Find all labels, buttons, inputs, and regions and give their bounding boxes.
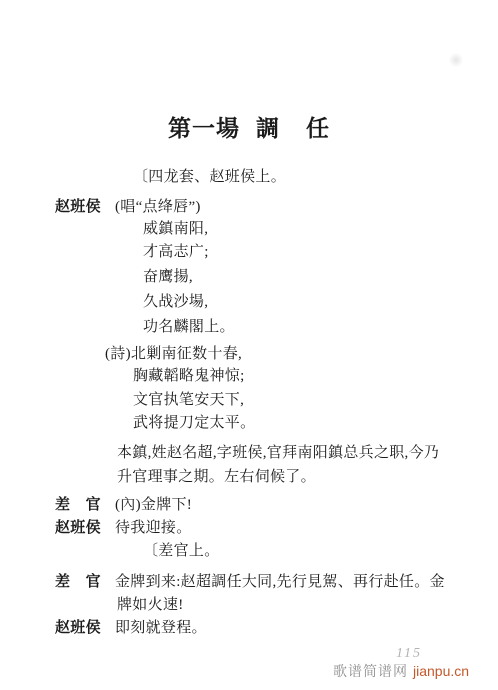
verse-line: 奋鹰揚, xyxy=(143,267,193,287)
watermark: 歌谱简谱网jianpu.cn xyxy=(333,661,469,681)
speaker-label: 赵班侯 xyxy=(55,518,101,538)
scanned-script-page: 第一場調任 〔四龙套、赵班侯上。 赵班侯 (唱“点绛唇”) 威鎮南阳, 才高志广… xyxy=(0,0,498,690)
dialogue-text: 待我迎接。 xyxy=(115,518,192,538)
dialogue-text: 即刻就登程。 xyxy=(115,618,207,638)
dialogue-text: 升官理事之期。左右伺候了。 xyxy=(117,467,316,487)
speaker-label: 赵班侯 xyxy=(55,618,101,638)
title-word-1: 調 xyxy=(256,116,280,141)
page-number: 115 xyxy=(396,646,422,662)
stage-direction: 〔四龙套、赵班侯上。 xyxy=(133,167,286,187)
speaker-label: 差 官 xyxy=(55,572,101,592)
dialogue-text: 金牌到来:赵超調任大同,先行見駕、再行赴任。金 xyxy=(115,572,445,592)
verse-line: 才高志广; xyxy=(143,242,209,262)
dialogue-text: 本鎮,姓赵名超,字班侯,官拜南阳鎮总兵之职,今乃 xyxy=(117,443,439,463)
watermark-site-url: jianpu.cn xyxy=(413,663,469,679)
title-word-2: 任 xyxy=(306,116,330,141)
speaker-label: 差 官 xyxy=(55,495,101,515)
scan-artifact xyxy=(448,52,464,68)
verse-line: 久战沙場, xyxy=(143,292,208,312)
poem-line: (詩)北剿南征数十春, xyxy=(105,344,242,364)
dialogue-text: (內)金牌下! xyxy=(115,495,192,515)
scene-number: 第一場 xyxy=(168,116,240,141)
dialogue-text: 牌如火速! xyxy=(117,595,184,615)
speaker-label: 赵班侯 xyxy=(55,197,101,217)
poem-line: 武将提刀定太平。 xyxy=(133,413,255,433)
stage-direction: 〔差官上。 xyxy=(143,541,220,561)
verse-line: 功名麟閣上。 xyxy=(143,317,235,337)
verse-line: 威鎮南阳, xyxy=(143,219,208,239)
poem-line: 文官执笔安天下, xyxy=(133,390,244,410)
dialogue-text: (唱“点绛唇”) xyxy=(115,197,201,217)
page-title: 第一場調任 xyxy=(0,110,498,143)
poem-line: 胸藏韜略鬼神惊; xyxy=(133,366,245,386)
watermark-site-name: 歌谱简谱网 xyxy=(333,663,408,679)
